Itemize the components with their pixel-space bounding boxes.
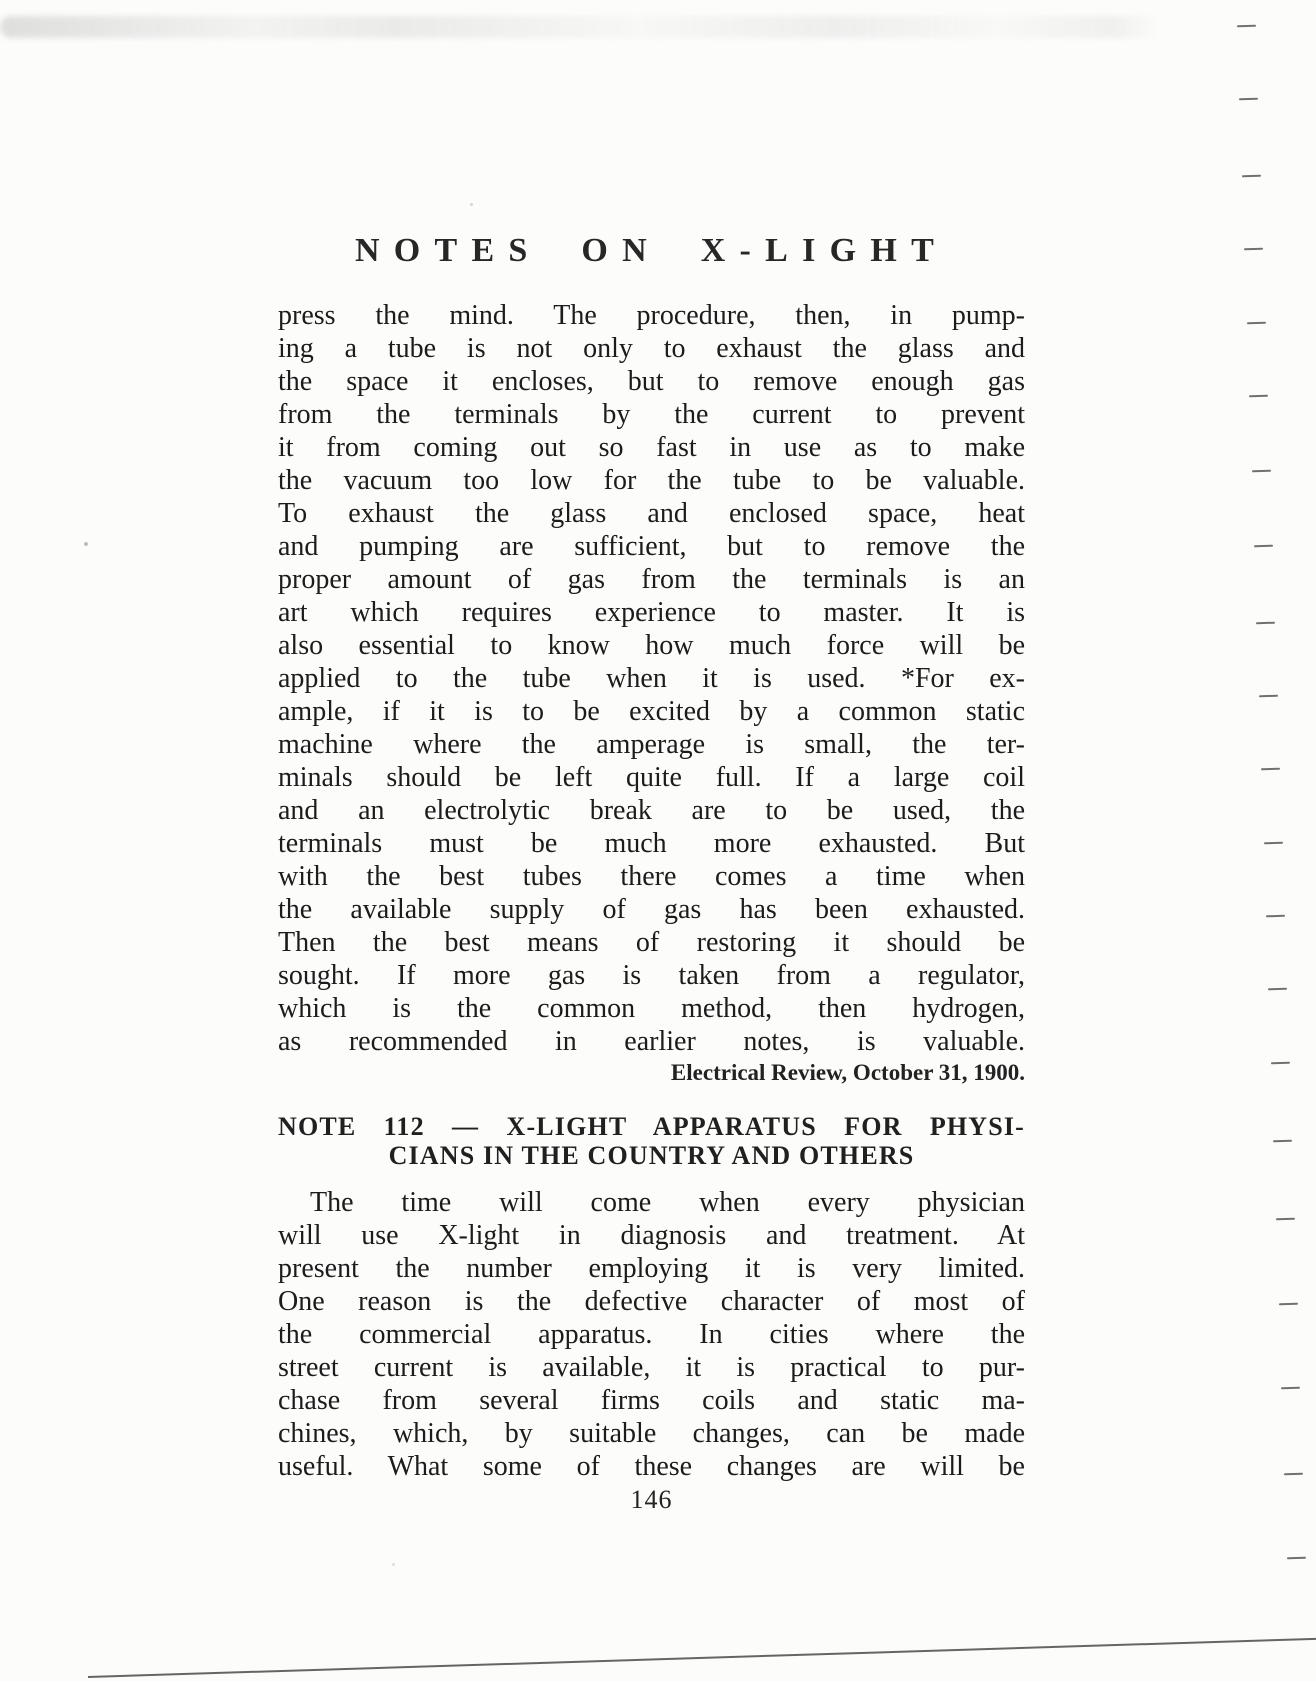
body-line: with the best tubes there comes a time w… [278,860,1025,893]
body-line: present the number employing it is very … [278,1252,1025,1285]
note-112-paragraph: The time will come when every physician … [278,1186,1025,1483]
margin-tick-mark [1264,842,1283,845]
ink-speck [392,1563,395,1566]
margin-tick-mark [1239,98,1258,101]
margin-tick-mark [1242,175,1261,178]
margin-tick-mark [1276,1218,1295,1221]
body-line: One reason is the defective character of… [278,1285,1025,1318]
body-line: chines, which, by suitable changes, can … [278,1417,1025,1450]
body-line: and pumping are sufficient, but to remov… [278,530,1025,563]
margin-tick-mark [1249,395,1268,398]
body-line: To exhaust the glass and enclosed space,… [278,497,1025,530]
body-line: The time will come when every physician [278,1186,1025,1219]
body-line: Then the best means of restoring it shou… [278,926,1025,959]
body-line: sought. If more gas is taken from a regu… [278,959,1025,992]
page-number: 146 [278,1485,1025,1515]
margin-tick-mark [1266,915,1285,918]
margin-tick-mark [1252,470,1271,473]
page-edge-line [88,1637,1316,1678]
note-heading-line-1: NOTE 112 — X-LIGHT APPARATUS FOR PHYSI- [278,1112,1025,1141]
body-line: from the terminals by the current to pre… [278,398,1025,431]
body-line: will use X-light in diagnosis and treatm… [278,1219,1025,1252]
margin-tick-mark [1247,322,1266,325]
continued-article-paragraph: press the mind. The procedure, then, in … [278,299,1025,1058]
page-title: NOTES ON X-LIGHT [278,232,1025,270]
margin-tick-mark [1279,1303,1298,1306]
body-line: it from coming out so fast in use as to … [278,431,1025,464]
margin-tick-mark [1268,988,1287,991]
body-line: terminals must be much more exhausted. B… [278,827,1025,860]
body-line: proper amount of gas from the terminals … [278,563,1025,596]
scan-smudge-artifact [0,16,1160,38]
margin-tick-mark [1254,545,1273,548]
margin-tick-mark [1281,1387,1300,1390]
body-line: and an electrolytic break are to be used… [278,794,1025,827]
body-line: applied to the tube when it is used. *Fo… [278,662,1025,695]
body-line: the available supply of gas has been exh… [278,893,1025,926]
body-line: as recommended in earlier notes, is valu… [278,1025,1025,1058]
body-line: street current is available, it is pract… [278,1351,1025,1384]
body-line: useful. What some of these changes are w… [278,1450,1025,1483]
margin-tick-mark [1256,622,1275,625]
margin-tick-mark [1271,1062,1290,1065]
body-line: the commercial apparatus. In cities wher… [278,1318,1025,1351]
body-line: the vacuum too low for the tube to be va… [278,464,1025,497]
ink-speck [470,203,473,206]
note-112-heading: NOTE 112 — X-LIGHT APPARATUS FOR PHYSI- … [278,1112,1025,1170]
body-line: ing a tube is not only to exhaust the gl… [278,332,1025,365]
source-attribution: Electrical Review, October 31, 1900. [278,1060,1025,1086]
margin-tick-mark [1244,248,1263,251]
body-line: ample, if it is to be excited by a commo… [278,695,1025,728]
body-line: also essential to know how much force wi… [278,629,1025,662]
body-line: the space it encloses, but to remove eno… [278,365,1025,398]
body-line: which is the common method, then hydroge… [278,992,1025,1025]
margin-tick-mark [1287,1557,1306,1560]
margin-tick-mark [1284,1473,1303,1476]
note-heading-line-2: CIANS IN THE COUNTRY AND OTHERS [278,1141,1025,1170]
body-line: art which requires experience to master.… [278,596,1025,629]
book-page-scan: NOTES ON X-LIGHT press the mind. The pro… [0,0,1316,1681]
body-line: chase from several firms coils and stati… [278,1384,1025,1417]
margin-tick-mark [1273,1140,1292,1143]
body-line: press the mind. The procedure, then, in … [278,299,1025,332]
margin-tick-mark [1259,695,1278,698]
body-line: minals should be left quite full. If a l… [278,761,1025,794]
ink-speck [84,542,88,546]
margin-tick-mark [1237,25,1256,28]
body-line: machine where the amperage is small, the… [278,728,1025,761]
margin-tick-mark [1261,768,1280,771]
